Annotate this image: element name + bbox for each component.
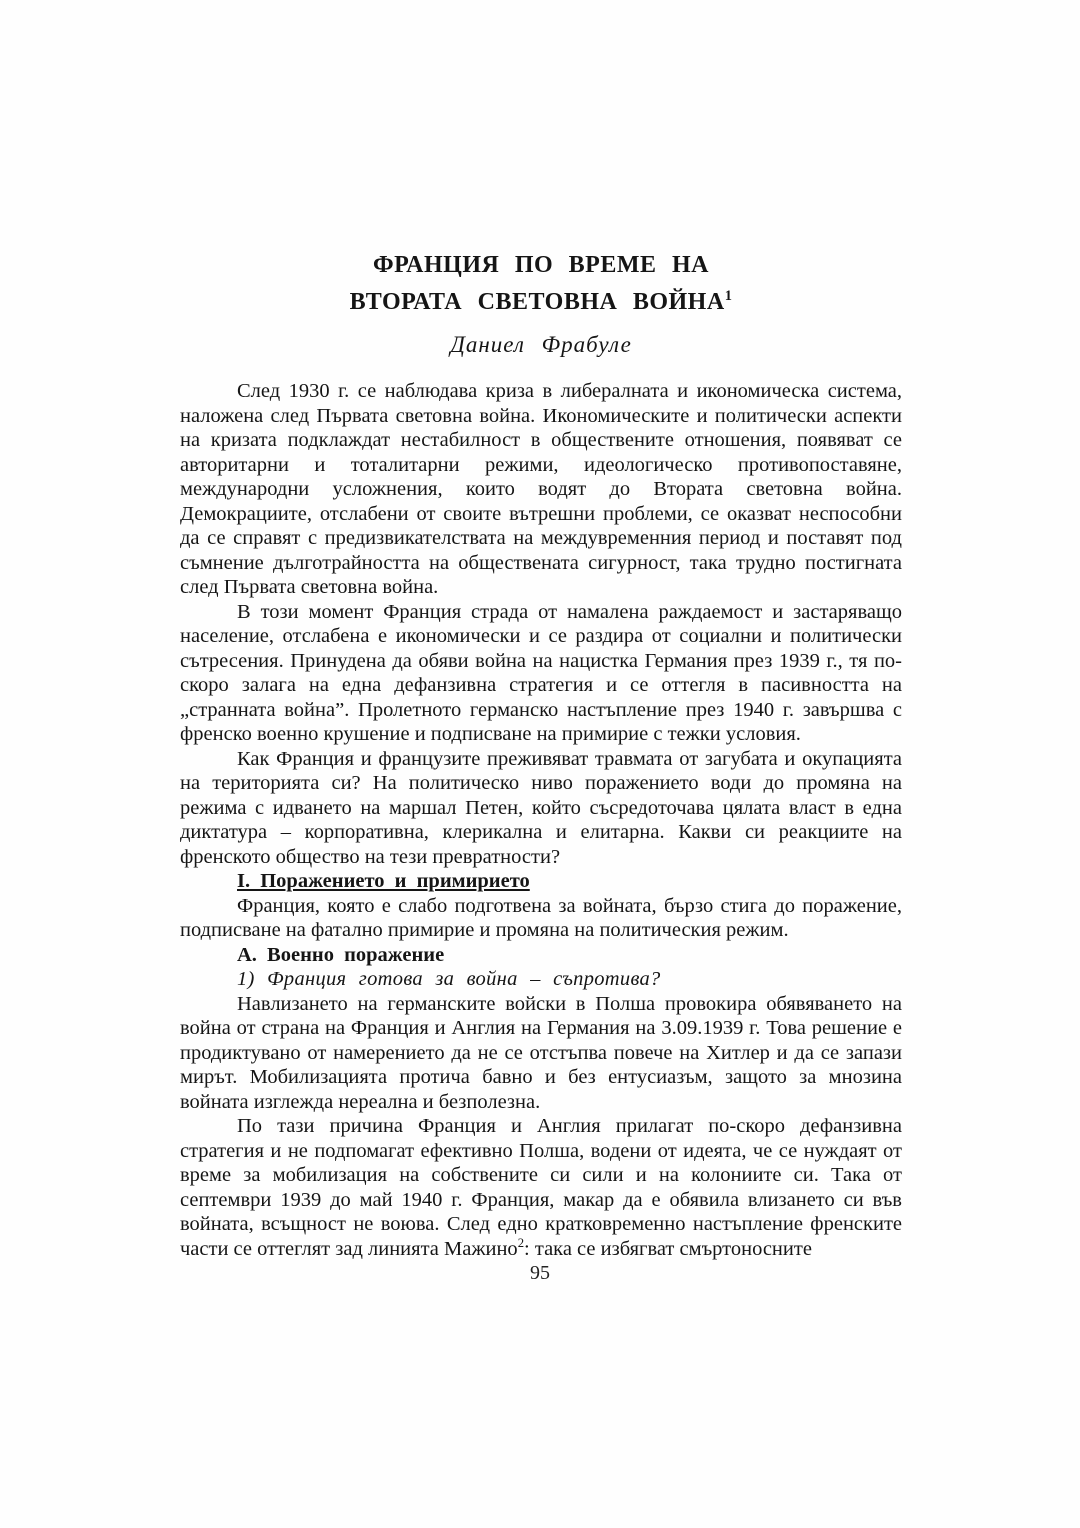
section-intro: Франция, която е слабо подготвена за вой…	[180, 894, 902, 943]
title-footnote-marker: 1	[725, 288, 733, 304]
paragraph-declaration: Навлизането на германските войски в Полш…	[180, 992, 902, 1115]
page-number: 95	[0, 1262, 1080, 1285]
paragraph-crisis: След 1930 г. се наблюдава криза в либера…	[180, 379, 902, 600]
article-body: След 1930 г. се наблюдава криза в либера…	[180, 379, 902, 1261]
article-title-line2: ВТОРАТА СВЕТОВНА ВОЙНА	[350, 289, 725, 315]
article-author: Даниел Фрабуле	[180, 332, 902, 358]
article-title: ФРАНЦИЯ ПО ВРЕМЕ НА ВТОРАТА СВЕТОВНА ВОЙ…	[180, 250, 902, 318]
subsection-a-heading: А. Военно поражение	[180, 943, 902, 968]
article-text-block: ФРАНЦИЯ ПО ВРЕМЕ НА ВТОРАТА СВЕТОВНА ВОЙ…	[180, 250, 902, 1261]
scanned-paper-page: ФРАНЦИЯ ПО ВРЕМЕ НА ВТОРАТА СВЕТОВНА ВОЙ…	[0, 0, 1080, 1528]
paragraph-strategy: По тази причина Франция и Англия прилага…	[180, 1114, 902, 1261]
article-title-line1: ФРАНЦИЯ ПО ВРЕМЕ НА	[373, 252, 709, 278]
section-heading: I. Поражението и примирието	[180, 869, 902, 894]
subsection-1-heading: 1) Франция готова за война – съпротива?	[180, 967, 902, 992]
section-heading-text: I. Поражението и примирието	[237, 870, 530, 892]
paragraph-france-weakened: В този момент Франция страда от намалена…	[180, 600, 902, 747]
paragraph-questions: Как Франция и французите преживяват трав…	[180, 747, 902, 870]
paragraph-strategy-continuation: : така се избягват смъртоносните	[524, 1238, 812, 1260]
